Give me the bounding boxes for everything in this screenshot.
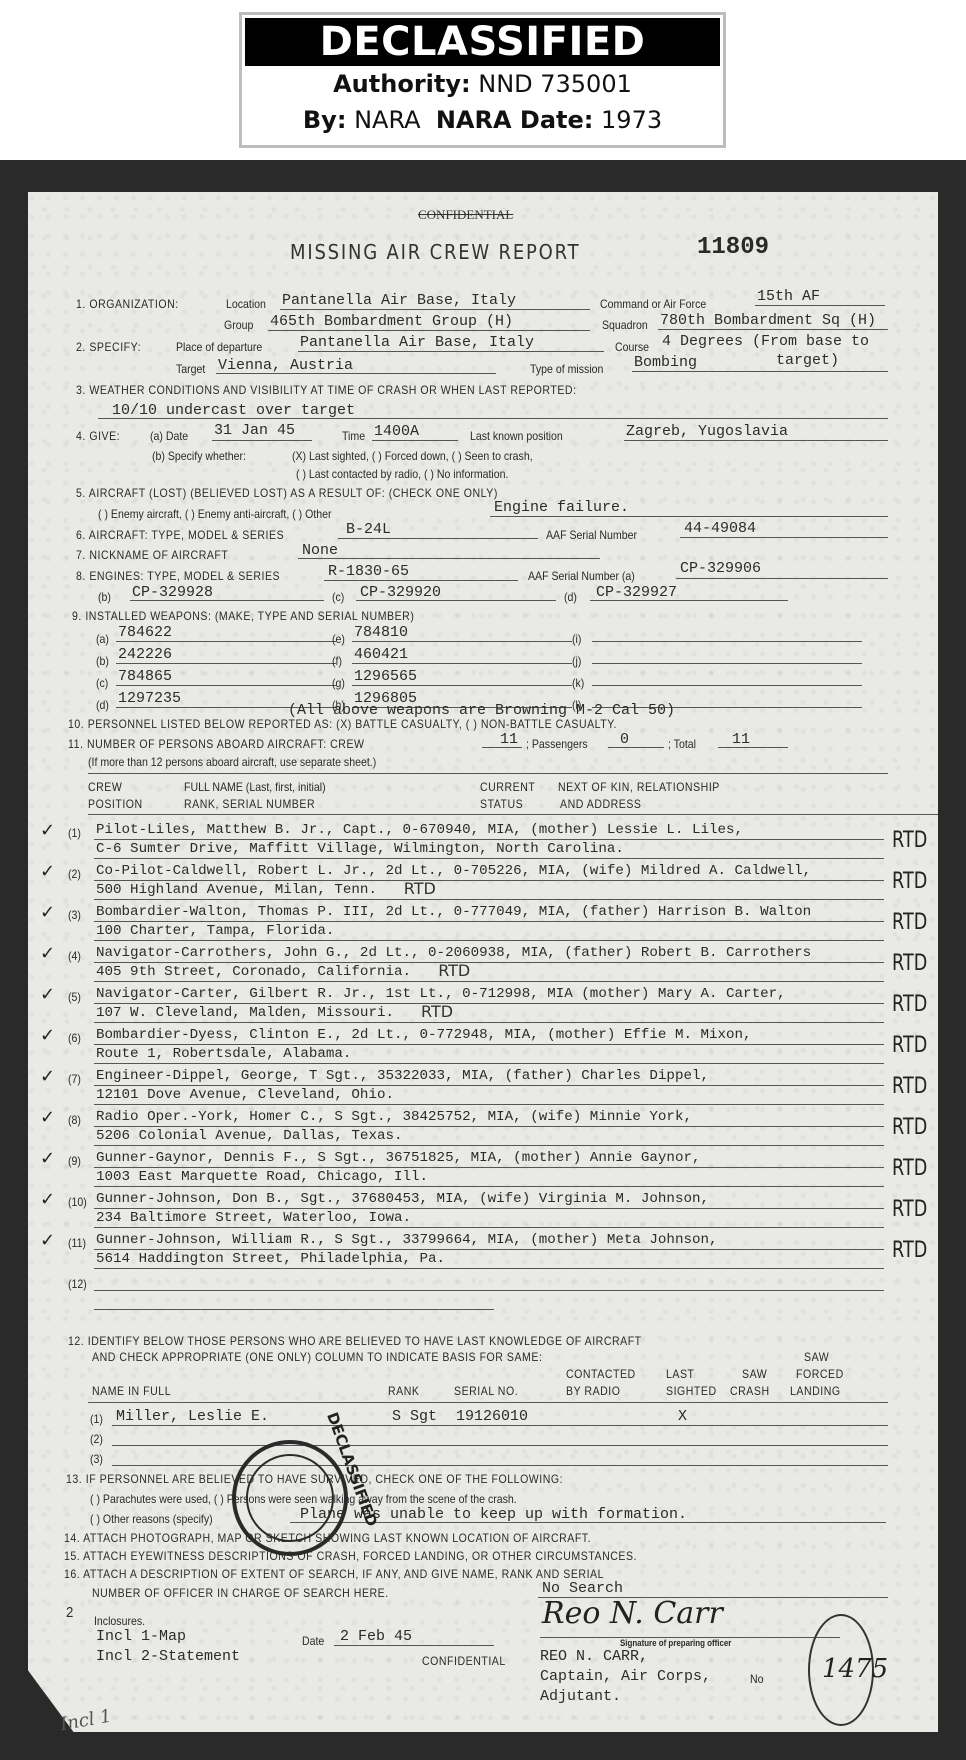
underline: [112, 1425, 888, 1426]
inclosures-count: 2: [66, 1604, 73, 1621]
item12-h-sighted-b: SIGHTED: [666, 1384, 717, 1398]
item12-h-name: NAME IN FULL: [92, 1384, 171, 1398]
underline: [94, 1063, 884, 1064]
underline: [352, 685, 572, 686]
weapon-serial: 460421: [354, 646, 408, 663]
underline: [658, 329, 888, 330]
item7-label: 7. NICKNAME OF AIRCRAFT: [76, 548, 228, 562]
weapon-key: (g): [332, 676, 345, 690]
crew-number: (5): [68, 990, 81, 1004]
weapon-serial: 1297235: [118, 690, 181, 707]
item11-note: (If more than 12 persons aboard aircraft…: [88, 755, 376, 769]
crew-col-position-a: CREW: [88, 780, 122, 794]
item12-h-forced-c: LANDING: [790, 1384, 841, 1398]
weapon-serial: 784865: [118, 668, 172, 685]
check-mark-icon: ✓: [40, 1148, 55, 1169]
check-mark-icon: ✓: [40, 984, 55, 1005]
footer-date-label: Date: [302, 1634, 324, 1648]
crew-col-status-b: STATUS: [480, 797, 523, 811]
crew-line1: Bombardier-Dyess, Clinton E., 2d Lt., 0-…: [96, 1027, 752, 1043]
crew-line1: Pilot-Liles, Matthew B. Jr., Capt., 0-67…: [96, 822, 743, 838]
underline: [94, 1268, 884, 1269]
underline: [298, 351, 604, 352]
underline: [94, 962, 884, 963]
check-mark-icon: ✓: [40, 1189, 55, 1210]
officer-rank: Captain, Air Corps,: [540, 1668, 711, 1685]
witness-number: (1): [90, 1412, 103, 1426]
engine-serial-b: CP-329928: [132, 584, 213, 601]
underline: [352, 663, 572, 664]
underline: [624, 440, 888, 441]
engine-serial-c: CP-329920: [360, 584, 441, 601]
officer-name: REO N. CARR,: [540, 1648, 648, 1665]
underline: [592, 685, 862, 686]
underline: [94, 1227, 884, 1228]
check-mark-icon: ✓: [40, 1230, 55, 1251]
witness-last-sighted-mark: X: [678, 1408, 687, 1425]
underline: [94, 940, 884, 941]
item16-line1: 16. ATTACH A DESCRIPTION OF EXTENT OF SE…: [64, 1567, 604, 1581]
circled-number-value: 1475: [822, 1654, 888, 1684]
underline: [94, 1003, 884, 1004]
crew-number: (7): [68, 1072, 81, 1086]
weather-value: 10/10 undercast over target: [112, 402, 355, 419]
engine-serial-label: AAF Serial Number (a): [528, 569, 635, 583]
time-label: Time: [342, 429, 365, 443]
position-value: Zagreb, Yugoslavia: [626, 423, 788, 440]
time-value: 1400A: [374, 423, 419, 440]
crew-number: (9): [68, 1154, 81, 1168]
crew-line2: 5614 Haddington Street, Philadelphia, Pa…: [96, 1251, 445, 1267]
rtd-inline-mark: RTD: [404, 879, 436, 898]
crew-number: (12): [68, 1277, 87, 1291]
date-value: 31 Jan 45: [214, 422, 295, 439]
rtd-status-mark: RTD: [892, 1115, 927, 1140]
item12-h-radio-a: CONTACTED: [566, 1367, 636, 1381]
crew-number: (4): [68, 949, 81, 963]
rtd-status-mark: RTD: [892, 910, 927, 935]
course-value-cont: target): [776, 352, 839, 369]
crew-line2: 5206 Colonial Avenue, Dallas, Texas.: [96, 1128, 403, 1144]
rtd-status-mark: RTD: [892, 951, 927, 976]
struck-classification: CONFIDENTIAL: [418, 207, 513, 223]
inclosure-2: Incl 2-Statement: [96, 1648, 240, 1665]
crew-line2: 107 W. Cleveland, Malden, Missouri.: [96, 1005, 394, 1021]
crew-line2: 12101 Dove Avenue, Cleveland, Ohio.: [96, 1087, 394, 1103]
item12-line1: 12. IDENTIFY BELOW THOSE PERSONS WHO ARE…: [68, 1334, 642, 1348]
underline: [334, 1645, 494, 1646]
item12-h-forced-a: SAW: [804, 1350, 829, 1364]
engine-c-label: (c): [332, 590, 344, 604]
crew-number: (10): [68, 1195, 87, 1209]
specify-label: (b) Specify whether:: [152, 449, 246, 463]
report-title: MISSING AIR CREW REPORT: [290, 240, 580, 264]
crew-col-position-b: POSITION: [88, 797, 143, 811]
rtd-status-mark: RTD: [892, 1197, 927, 1222]
rtd-status-mark: RTD: [892, 1156, 927, 1181]
report-number: 11809: [697, 234, 769, 261]
rtd-inline-mark: RTD: [438, 961, 470, 980]
crew-col-status-a: CURRENT: [480, 780, 535, 794]
crew-line2: 500 Highland Avenue, Milan, Tenn.: [96, 882, 377, 898]
weapon-key: (k): [572, 676, 584, 690]
aircraft-serial-label: AAF Serial Number: [546, 528, 637, 542]
underline: [88, 814, 938, 815]
witness-serial: 19126010: [456, 1408, 528, 1425]
location-label: Location: [226, 297, 266, 311]
engine-type-value: R-1830-65: [328, 563, 409, 580]
underline: [88, 1402, 888, 1403]
crew-line2: 100 Charter, Tampa, Florida.: [96, 923, 334, 939]
crew-line1: Gunner-Johnson, William R., S Sgt., 3379…: [96, 1232, 718, 1248]
underline: [482, 747, 522, 748]
item12-h-rank: RANK: [388, 1384, 419, 1398]
underline: [116, 685, 336, 686]
underline: [94, 1085, 884, 1086]
item15: 15. ATTACH EYEWITNESS DESCRIPTIONS OF CR…: [64, 1549, 637, 1563]
underline: [94, 1167, 884, 1168]
underline: [94, 1126, 884, 1127]
crew-line1: Navigator-Carrothers, John G., 2d Lt., 0…: [96, 945, 811, 961]
crew-line2: C-6 Sumter Drive, Maffitt Village, Wilmi…: [96, 841, 624, 857]
underline: [324, 580, 518, 581]
weapon-key: (e): [332, 632, 345, 646]
item9-label: 9. INSTALLED WEAPONS: (Make, type and se…: [72, 609, 414, 623]
crew-line2: 234 Baltimore Street, Waterloo, Iowa.: [96, 1210, 411, 1226]
crew-number: (1): [68, 826, 81, 840]
crew-line1: Gunner-Johnson, Don B., Sgt., 37680453, …: [96, 1191, 709, 1207]
footer-date-value: 2 Feb 45: [340, 1628, 412, 1645]
departure-label: Place of departure: [176, 340, 262, 354]
crew-col-kin-a: NEXT OF KIN, RELATIONSHIP: [558, 780, 720, 794]
weapon-key: (d): [96, 698, 109, 712]
underline: [680, 537, 888, 538]
underline: [212, 440, 312, 441]
crew-col-name-a: FULL NAME (Last, first, initial): [184, 780, 326, 794]
check-mark-icon: ✓: [40, 1066, 55, 1087]
footer-confidential: CONFIDENTIAL: [422, 1654, 506, 1668]
rtd-inline-mark: RTD: [421, 1002, 453, 1021]
item12-h-crash-a: SAW: [742, 1367, 767, 1381]
crew-line2: 405 9th Street, Coronado, California.: [96, 964, 411, 980]
rtd-status-mark: RTD: [892, 992, 927, 1017]
underline: [268, 330, 590, 331]
missing-air-crew-report: CONFIDENTIAL MISSING AIR CREW REPORT 118…: [0, 0, 966, 1760]
item8-label: 8. ENGINES: Type, model & series: [76, 569, 280, 583]
item12-line2: AND CHECK APPROPRIATE (one only) COLUMN …: [92, 1350, 542, 1364]
engine-d-label: (d): [564, 590, 577, 604]
underline: [88, 773, 888, 774]
total-count: 11: [732, 731, 750, 748]
course-value: 4 Degrees (From base to: [662, 333, 869, 350]
crew-line1: Co-Pilot-Caldwell, Robert L. Jr., 2d Lt.…: [96, 863, 811, 879]
passengers-count: 0: [620, 731, 629, 748]
underline: [98, 418, 888, 419]
item12-h-crash-b: CRASH: [730, 1384, 770, 1398]
crew-count: 11: [500, 731, 518, 748]
engine-serial-a: CP-329906: [680, 560, 761, 577]
specify-options-1: (X) Last sighted, ( ) Forced down, ( ) S…: [292, 449, 533, 463]
date-label: (a) Date: [150, 429, 188, 443]
item12-h-serial: SERIAL No.: [454, 1384, 518, 1398]
rtd-status-mark: RTD: [892, 1238, 927, 1263]
crew-line1: Engineer-Dippel, George, T Sgt., 3532203…: [96, 1068, 709, 1084]
underline: [755, 305, 885, 306]
crew-col-name-b: RANK, SERIAL NUMBER: [184, 797, 315, 811]
check-mark-icon: ✓: [40, 861, 55, 882]
underline: [94, 1104, 884, 1105]
item16-line2: NUMBER OF OFFICER IN CHARGE OF SEARCH HE…: [92, 1586, 389, 1600]
check-mark-icon: ✓: [40, 820, 55, 841]
check-mark-icon: ✓: [40, 902, 55, 923]
underline: [94, 1208, 884, 1209]
engine-serial-d: CP-329927: [596, 584, 677, 601]
loss-cause-value: Engine failure.: [494, 499, 629, 516]
underline: [94, 1022, 884, 1023]
weapon-serial: 784622: [118, 624, 172, 641]
group-value: 465th Bombardment Group (H): [270, 313, 513, 330]
mission-label: Type of mission: [530, 362, 603, 376]
crew-number: (3): [68, 908, 81, 922]
underline: [94, 1309, 494, 1310]
crew-line1: Bombardier-Walton, Thomas P. III, 2d Lt.…: [96, 904, 811, 920]
crew-line2: 1003 East Marquette Road, Chicago, Ill.: [96, 1169, 428, 1185]
rtd-status-mark: RTD: [892, 1074, 927, 1099]
underline: [94, 839, 884, 840]
underline: [592, 641, 862, 642]
rtd-status-mark: RTD: [892, 869, 927, 894]
underline: [112, 1465, 888, 1466]
item13-opt2: ( ) Other reasons (specify): [90, 1512, 213, 1526]
aircraft-serial-value: 44-49084: [684, 520, 756, 537]
item5-options: ( ) Enemy aircraft, ( ) Enemy anti-aircr…: [98, 507, 332, 521]
item3-label: 3. WEATHER CONDITIONS AND VISIBILITY AT …: [76, 383, 577, 397]
item12-h-sighted-a: LAST: [666, 1367, 695, 1381]
crew-line1: Navigator-Carter, Gilbert R. Jr., 1st Lt…: [96, 986, 786, 1002]
underline: [216, 373, 496, 374]
underline: [94, 858, 884, 859]
check-mark-icon: ✓: [40, 1107, 55, 1128]
command-value: 15th AF: [757, 288, 820, 305]
engine-b-label: (b): [98, 590, 111, 604]
position-label: Last known position: [470, 429, 563, 443]
underline: [356, 600, 556, 601]
underline: [94, 899, 884, 900]
underline: [116, 641, 336, 642]
corner-note: Incl 1: [59, 1706, 114, 1736]
total-label: ; Total: [668, 737, 696, 751]
weapon-key: (i): [572, 632, 581, 646]
witness-rank: S Sgt: [392, 1408, 437, 1425]
witness-number: (3): [90, 1452, 103, 1466]
underline: [338, 538, 538, 539]
underline: [94, 921, 884, 922]
underline: [94, 1249, 884, 1250]
departure-value: Pantanella Air Base, Italy: [300, 334, 534, 351]
crew-col-kin-b: AND ADDRESS: [560, 797, 642, 811]
underline: [592, 663, 862, 664]
course-label: Course: [615, 340, 649, 354]
underline: [608, 747, 664, 748]
weapon-key: (a): [96, 632, 109, 646]
location-value: Pantanella Air Base, Italy: [282, 292, 516, 309]
officer-title: Adjutant.: [540, 1688, 621, 1705]
squadron-label: Squadron: [602, 318, 648, 332]
crew-number: (8): [68, 1113, 81, 1127]
weapon-serial: 784810: [354, 624, 408, 641]
archive-stamp-seal: [232, 1440, 348, 1556]
command-label: Command or Air Force: [600, 297, 706, 311]
crew-number: (2): [68, 867, 81, 881]
officer-signature: Reo N. Carr: [542, 1596, 723, 1631]
underline: [632, 371, 888, 372]
underline: [590, 600, 788, 601]
underline: [94, 981, 884, 982]
weapon-key: (b): [96, 654, 109, 668]
underline: [280, 309, 590, 310]
underline: [94, 1186, 884, 1187]
witness-number: (2): [90, 1432, 103, 1446]
rtd-status-mark: RTD: [892, 1033, 927, 1058]
check-mark-icon: ✓: [40, 1025, 55, 1046]
underline: [352, 641, 572, 642]
search-value: No Search: [542, 1580, 623, 1597]
check-mark-icon: ✓: [40, 943, 55, 964]
item2-label: 2. SPECIFY:: [76, 340, 141, 354]
crew-line2: Route 1, Robertsdale, Alabama.: [96, 1046, 351, 1062]
inclosure-1: Incl 1-Map: [96, 1628, 186, 1645]
aircraft-type-value: B-24L: [346, 521, 391, 538]
crew-line1: Gunner-Gaynor, Dennis F., S Sgt., 367518…: [96, 1150, 701, 1166]
number-label: No: [750, 1672, 764, 1686]
weapon-key: (c): [96, 676, 108, 690]
underline: [94, 1290, 884, 1291]
target-label: Target: [176, 362, 205, 376]
squadron-value: 780th Bombardment Sq (H): [660, 312, 876, 329]
underline: [116, 663, 336, 664]
underline: [94, 880, 884, 881]
underline: [372, 440, 458, 441]
witness-name: Miller, Leslie E.: [116, 1408, 269, 1425]
weapon-serial: 242226: [118, 646, 172, 663]
underline: [676, 578, 888, 579]
passengers-label: ; Passengers: [526, 737, 588, 751]
item6-label: 6. AIRCRAFT: Type, model & series: [76, 528, 284, 542]
target-value: Vienna, Austria: [218, 357, 353, 374]
weapon-key: (f): [332, 654, 342, 668]
signature-label: Signature of preparing officer: [620, 1638, 731, 1648]
crew-line1: Radio Oper.-York, Homer C., S Sgt., 3842…: [96, 1109, 692, 1125]
item5-label: 5. AIRCRAFT (LOST) (BELIEVED LOST) AS A …: [76, 486, 498, 500]
specify-options-2: ( ) Last contacted by radio, ( ) No info…: [296, 467, 508, 481]
item12-h-radio-b: BY RADIO: [566, 1384, 621, 1398]
rtd-status-mark: RTD: [892, 828, 927, 853]
group-label: Group: [224, 318, 253, 332]
underline: [94, 1145, 884, 1146]
item10-label: 10. PERSONNEL LISTED BELOW REPORTED AS: …: [68, 717, 617, 731]
underline: [112, 1445, 888, 1446]
item4-label: 4. GIVE:: [76, 429, 120, 443]
weapon-key: (j): [572, 654, 581, 668]
item1-label: 1. ORGANIZATION:: [76, 297, 179, 311]
item12-h-forced-b: FORCED: [796, 1367, 844, 1381]
underline: [490, 516, 888, 517]
underline: [94, 1044, 884, 1045]
item11-label: 11. NUMBER OF PERSONS ABOARD AIRCRAFT: C…: [68, 737, 365, 751]
mission-value: Bombing: [634, 354, 697, 371]
crew-number: (6): [68, 1031, 81, 1045]
inclosures-label: Inclosures.: [94, 1614, 145, 1628]
underline: [298, 558, 600, 559]
weapon-serial: 1296565: [354, 668, 417, 685]
underline: [718, 747, 788, 748]
underline: [130, 600, 324, 601]
crew-number: (11): [68, 1236, 86, 1250]
nickname-value: None: [302, 542, 338, 559]
